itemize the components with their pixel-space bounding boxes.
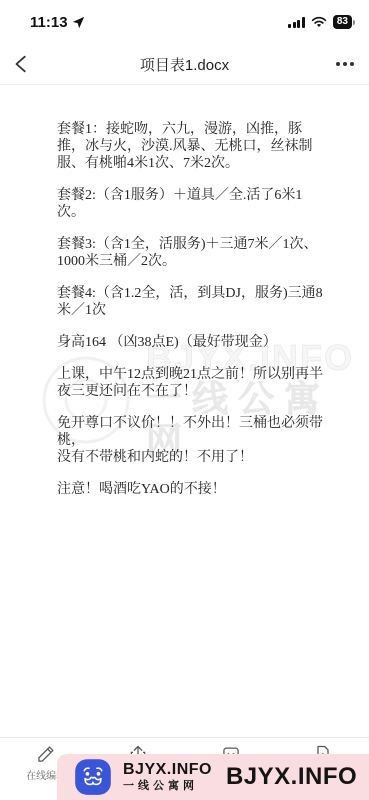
document-content[interactable]: 套餐1：接蛇吻，六九，漫游，凶推，豚推，冰与火，沙漠.风暴、无桃口，丝袜制服、有… xyxy=(0,85,369,738)
chevron-left-icon xyxy=(11,53,33,75)
paragraph: 套餐1：接蛇吻，六九，漫游，凶推，豚推，冰与火，沙漠.风暴、无桃口，丝袜制服、有… xyxy=(57,121,325,172)
promo-banner[interactable]: BJYX.INFO 一线公寓网 BJYX.INFO xyxy=(57,754,369,800)
banner-subtitle: 一线公寓网 xyxy=(123,781,212,792)
cellular-signal-icon xyxy=(288,17,305,28)
edit-pencil-icon xyxy=(36,744,56,764)
paragraph: 免开尊口不议价！！不外出！三桶也必须带桃， 没有不带桃和内蛇的！不用了！ xyxy=(57,415,325,466)
page-title: 项目表1.docx xyxy=(0,54,369,75)
banner-brand: BJYX.INFO xyxy=(123,762,212,778)
paragraph: 身高164 （凶38点E)（最好带现金） xyxy=(57,334,325,351)
document-header: 项目表1.docx xyxy=(0,44,369,85)
paragraph: 上课，中午12点到晚21点之前！所以别再半夜三更还问在不在了！ xyxy=(57,366,325,400)
battery-percent: 83 xyxy=(333,15,352,29)
more-icon xyxy=(336,62,340,66)
paragraph: 套餐4:（含1.2全，活，到具DJ，服务)三通8米／1次 xyxy=(57,285,325,319)
status-bar: 11:13 83 xyxy=(0,0,369,44)
bjyx-logo-icon xyxy=(74,758,112,796)
location-arrow-icon xyxy=(72,16,85,29)
wifi-icon xyxy=(311,16,327,28)
phone-screen: 11:13 83 项目表1.docx xyxy=(0,0,369,800)
back-button[interactable] xyxy=(0,44,44,84)
paragraph: 套餐2:（含1服务）＋道具／全.活了6米1次。 xyxy=(57,187,325,221)
banner-brand-large: BJYX.INFO xyxy=(226,763,357,791)
more-menu-button[interactable] xyxy=(321,44,369,84)
paragraph: 套餐3:（含1全，活服务)＋三通7米／1次、1000米三桶／2次。 xyxy=(57,236,325,270)
clock-time: 11:13 xyxy=(30,14,68,31)
battery-icon: 83 xyxy=(333,15,355,29)
paragraph: 注意！喝酒吃YAO的不接！ xyxy=(57,481,325,498)
